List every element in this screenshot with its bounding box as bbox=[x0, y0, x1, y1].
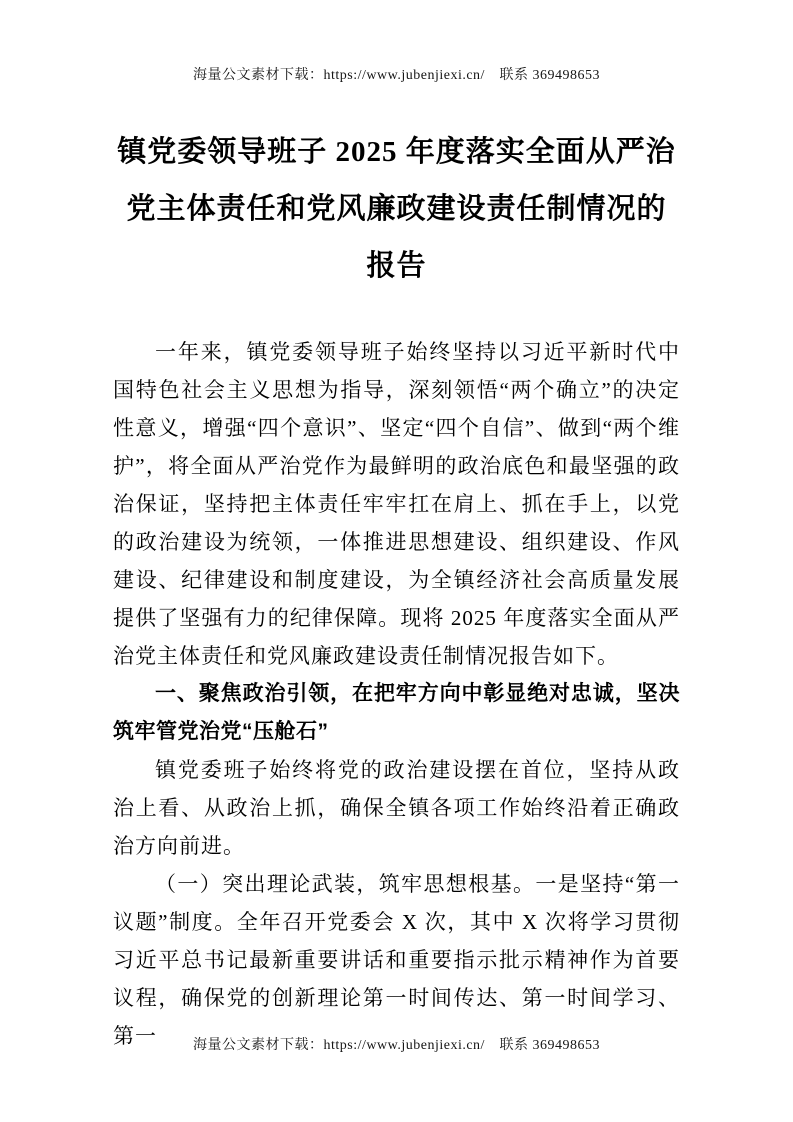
subsection-body-text: 一是坚持“第一议题”制度。全年召开党委会 X 次，其中 X 次将学习贯彻习近平总… bbox=[113, 872, 680, 1048]
subsection-lead-label: （一）突出理论武装，筑牢思想根基。 bbox=[155, 872, 535, 896]
header-source-note: 海量公文素材下载：https://www.jubenjiexi.cn/ 联系 3… bbox=[0, 64, 793, 84]
document-page: 海量公文素材下载：https://www.jubenjiexi.cn/ 联系 3… bbox=[0, 0, 793, 1122]
paragraph-subsection-1: （一）突出理论武装，筑牢思想根基。一是坚持“第一议题”制度。全年召开党委会 X … bbox=[113, 865, 680, 1055]
paragraph-section-intro: 镇党委班子始终将党的政治建设摆在首位，坚持从政治上看、从政治上抓，确保全镇各项工… bbox=[113, 751, 680, 865]
document-title: 镇党委领导班子 2025 年度落实全面从严治党主体责任和党风廉政建设责任制情况的… bbox=[113, 124, 680, 295]
document-body: 一年来，镇党委领导班子始终坚持以习近平新时代中国特色社会主义思想为指导，深刻领悟… bbox=[113, 333, 680, 1055]
section-heading-1: 一、聚焦政治引领，在把牢方向中彰显绝对忠诚，坚决筑牢管党治党“压舱石” bbox=[113, 675, 680, 751]
footer-source-note: 海量公文素材下载：https://www.jubenjiexi.cn/ 联系 3… bbox=[0, 1034, 793, 1054]
paragraph-intro: 一年来，镇党委领导班子始终坚持以习近平新时代中国特色社会主义思想为指导，深刻领悟… bbox=[113, 333, 680, 675]
